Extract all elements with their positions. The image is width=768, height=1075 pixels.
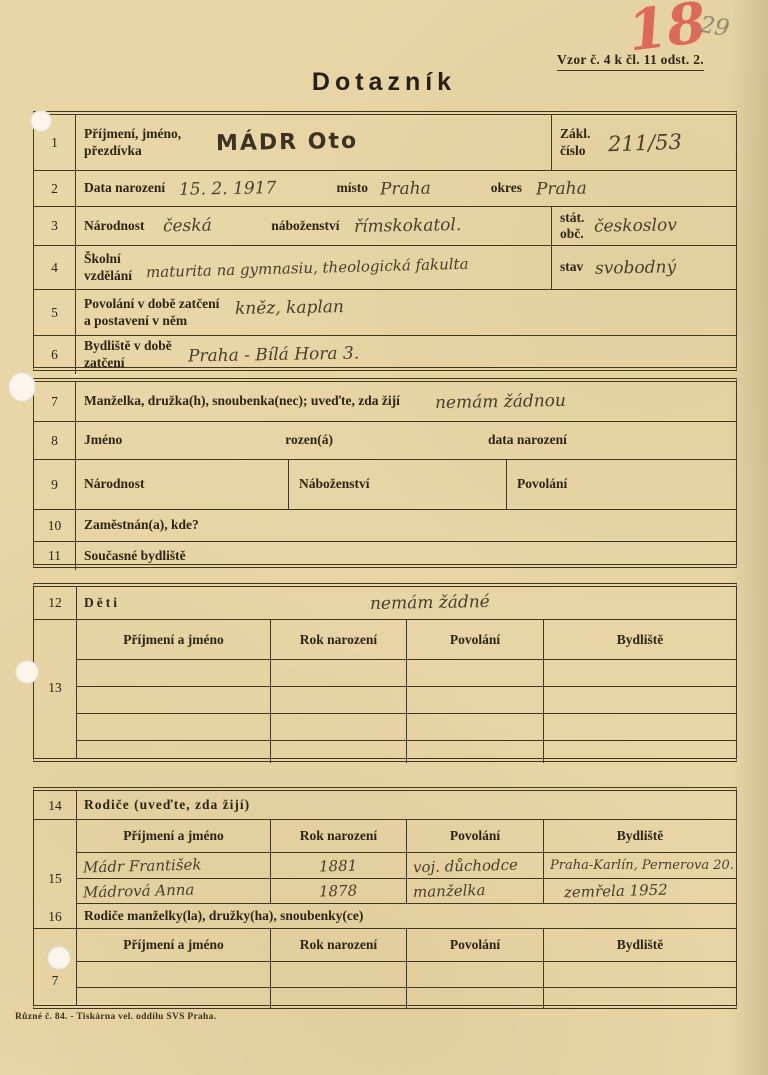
children-table-row <box>77 714 736 741</box>
handwritten-occupation: kněz, kaplan <box>235 297 344 319</box>
field-occupation: Povolání v době zatčení a postavení v ně… <box>76 290 736 335</box>
field-label: Jméno <box>84 432 122 449</box>
row-number: 3 <box>34 207 76 245</box>
field-residence: Bydliště v době zatčení Praha - Bílá Hor… <box>76 336 736 374</box>
row-number: 13 <box>34 680 76 696</box>
cell-empty <box>543 714 736 740</box>
cell-mother-occupation: manželka <box>406 879 543 903</box>
cell-empty <box>543 988 736 1008</box>
column-header-name: Příjmení a jméno <box>77 620 270 659</box>
field-label: vzdělání <box>84 268 132 285</box>
handwritten-birthdate: 15. 2. 1917 <box>179 178 277 200</box>
field-label: stát. <box>560 210 584 226</box>
column-header-name: Příjmení a jméno <box>77 820 270 852</box>
number-column-divider <box>76 587 77 758</box>
cell-empty <box>77 741 270 763</box>
field-label: Současné bydliště <box>84 548 186 565</box>
field-label: obč. <box>560 226 584 242</box>
cell-empty <box>406 741 543 763</box>
cell-mother-name: Mádrová Anna <box>77 879 270 903</box>
cell-empty <box>543 687 736 713</box>
handwritten-father-year: 1881 <box>319 856 358 875</box>
handwritten-marital-status: svobodný <box>595 257 676 278</box>
field-label: Školní <box>84 251 132 268</box>
field-row-7: 7 Manželka, družka(h), snoubenka(nec); u… <box>34 382 736 422</box>
inlaws-table-header: Příjmení a jméno Rok narození Povolání B… <box>77 929 736 962</box>
cell-father-year: 1881 <box>270 853 406 878</box>
column-header-birthyear: Rok narození <box>270 929 406 961</box>
cell-empty <box>77 962 270 987</box>
handwritten-mother-occupation: manželka <box>413 881 486 901</box>
column-header-occupation: Povolání <box>406 820 543 852</box>
handwritten-mother-name: Mádrová Anna <box>83 881 195 902</box>
handwritten-children-answer: nemám žádné <box>370 592 490 614</box>
row-number: 11 <box>34 542 76 570</box>
field-row-5: 5 Povolání v době zatčení a postavení v … <box>34 290 736 336</box>
field-label: a postavení v něm <box>84 313 219 330</box>
parents-table-header: Příjmení a jméno Rok narození Povolání B… <box>77 820 736 853</box>
children-table-header: Příjmení a jméno Rok narození Povolání B… <box>77 620 736 660</box>
cell-father-name: Mádr František <box>77 853 270 878</box>
cell-empty <box>77 687 270 713</box>
cell-empty <box>543 962 736 987</box>
cell-father-residence: Praha-Karlín, Pernerova 20. <box>543 853 740 878</box>
field-label: zatčení <box>84 355 172 372</box>
children-table-row <box>77 660 736 687</box>
field-label: rozen(á) <box>285 432 333 449</box>
section-children: 12 13 Děti nemám žádné Příjmení a jméno … <box>33 583 737 762</box>
number-column-divider <box>76 791 77 1005</box>
column-header-residence: Bydliště <box>543 929 736 961</box>
handwritten-birthplace: Praha <box>380 178 431 199</box>
field-basic-number: Zákl. číslo 211/53 <box>551 115 736 170</box>
field-label: Povolání <box>517 476 567 493</box>
row-number: 7 <box>34 973 76 989</box>
field-education: Školní vzdělání maturita na gymnasiu, th… <box>76 246 551 289</box>
field-label: Zaměstnán(a), kde? <box>84 517 199 534</box>
field-label: Manželka, družka(h), snoubenka(nec); uve… <box>84 393 400 410</box>
field-spouse-residence: Současné bydliště <box>76 542 736 570</box>
cell-empty <box>270 962 406 987</box>
handwritten-basic-number: 211/53 <box>608 129 683 156</box>
cell-empty <box>270 714 406 740</box>
printer-imprint: Různé č. 84. - Tiskárna vel. oddílu SVS … <box>15 1012 216 1022</box>
row-number: 2 <box>34 171 76 206</box>
section-personal: 1 Příjmení, jméno, přezdívka MÁDR Oto Zá… <box>33 111 737 371</box>
column-header-occupation: Povolání <box>406 620 543 659</box>
cell-father-occupation: voj. důchodce <box>406 853 543 878</box>
cell-empty <box>406 962 543 987</box>
field-spouse: Manželka, družka(h), snoubenka(nec); uve… <box>76 382 736 421</box>
field-label: přezdívka <box>84 143 181 160</box>
row-number: 5 <box>34 290 76 335</box>
field-row-8: 8 Jméno rozen(á) data narození <box>34 422 736 460</box>
field-label: okres <box>491 180 522 197</box>
column-header-residence: Bydliště <box>543 820 736 852</box>
field-label: Příjmení, jméno, <box>84 126 181 143</box>
field-citizenship: stát. obč. českoslov <box>551 207 736 245</box>
row-number: 10 <box>34 510 76 541</box>
row-number: 8 <box>34 422 76 459</box>
row-number: 14 <box>34 798 76 814</box>
cell-empty <box>406 660 543 686</box>
inlaws-table-row <box>77 962 736 988</box>
cell-empty <box>77 714 270 740</box>
handwritten-district: Praha <box>536 178 587 199</box>
handwritten-education: maturita na gymnasiu, theologická fakult… <box>146 254 469 280</box>
row-number: 4 <box>34 246 76 289</box>
field-label: Náboženství <box>299 476 370 493</box>
field-label: místo <box>336 180 368 197</box>
parent-row-mother: Mádrová Anna 1878 manželka zemřela 1952 <box>77 879 736 904</box>
field-row-3: 3 Národnost česká náboženství římskokato… <box>34 207 736 246</box>
row-number: 16 <box>34 909 76 925</box>
field-label: Národnost <box>84 218 145 235</box>
page-title: Dotazník <box>0 68 768 97</box>
handwritten-mother-year: 1878 <box>319 882 358 901</box>
field-name: Příjmení, jméno, přezdívka MÁDR Oto <box>76 115 551 170</box>
field-row-10: 10 Zaměstnán(a), kde? <box>34 510 736 542</box>
field-row-12: Děti nemám žádné <box>34 587 736 620</box>
field-label: Povolání v době zatčení <box>84 296 219 313</box>
handwritten-father-occupation: voj. důchodce <box>413 855 518 876</box>
handwritten-spouse-answer: nemám žádnou <box>435 390 566 412</box>
row-number: 6 <box>34 336 76 374</box>
field-label: Zákl. <box>560 126 590 142</box>
handwritten-name: MÁDR Oto <box>216 129 359 156</box>
field-row-14: Rodiče (uveďte, zda žijí) <box>34 791 736 820</box>
field-label: Rodiče manželky(la), družky(ha), snouben… <box>84 908 363 925</box>
field-label: stav <box>560 259 583 276</box>
section-spouse: 7 Manželka, družka(h), snoubenka(nec); u… <box>33 378 737 568</box>
punch-hole <box>47 946 71 970</box>
field-spouse-employment: Zaměstnán(a), kde? <box>76 510 736 541</box>
cell-empty <box>77 988 270 1008</box>
field-row-9: 9 Národnost Náboženství Povolání <box>34 460 736 510</box>
cell-mother-year: 1878 <box>270 879 406 903</box>
row-number: 7 <box>34 382 76 421</box>
field-label: číslo <box>560 143 590 159</box>
handwritten-residence: Praha - Bílá Hora 3. <box>188 344 360 367</box>
field-label: Bydliště v době <box>84 338 172 355</box>
cell-empty <box>270 687 406 713</box>
cell-empty <box>270 988 406 1008</box>
handwritten-father-name: Mádr František <box>83 855 202 876</box>
row-number: 9 <box>34 460 76 509</box>
field-row-1: 1 Příjmení, jméno, přezdívka MÁDR Oto Zá… <box>34 115 736 171</box>
column-header-birthyear: Rok narození <box>270 820 406 852</box>
inlaws-table-row <box>77 988 736 1008</box>
field-label: Děti <box>84 595 120 612</box>
handwritten-nationality: česká <box>162 216 211 237</box>
field-label: Národnost <box>84 476 145 493</box>
field-marital-status: stav svobodný <box>551 246 736 289</box>
parent-row-father: Mádr František 1881 voj. důchodce Praha-… <box>77 853 736 879</box>
field-nationality: Národnost česká náboženství římskokatol. <box>76 207 551 245</box>
cell-mother-residence: zemřela 1952 <box>543 879 736 903</box>
cell-empty <box>270 660 406 686</box>
punch-hole <box>8 372 36 402</box>
field-label: data narození <box>488 432 567 449</box>
field-row-16: Rodiče manželky(la), družky(ha), snouben… <box>34 904 736 929</box>
punch-hole <box>30 110 52 132</box>
field-spouse-occupation: Povolání <box>506 460 736 509</box>
children-table-row <box>77 687 736 714</box>
column-header-residence: Bydliště <box>543 620 736 659</box>
field-label: náboženství <box>271 218 339 235</box>
field-spouse-religion: Náboženství <box>288 460 506 509</box>
cell-empty <box>543 660 736 686</box>
pencil-number: 29 <box>698 12 731 42</box>
punch-hole <box>15 660 39 684</box>
children-table-row <box>77 741 736 763</box>
handwritten-religion: římskokatol. <box>353 215 461 237</box>
field-spouse-nationality: Národnost <box>76 460 288 509</box>
cell-empty <box>406 714 543 740</box>
field-spouse-name: Jméno rozen(á) data narození <box>76 422 736 459</box>
field-birthdate: Data narození 15. 2. 1917 místo Praha ok… <box>76 171 736 206</box>
cell-empty <box>406 687 543 713</box>
field-row-11: 11 Současné bydliště <box>34 542 736 570</box>
handwritten-citizenship: českoslov <box>594 215 677 236</box>
column-header-name: Příjmení a jméno <box>77 929 270 961</box>
handwritten-father-residence: Praha-Karlín, Pernerova 20. <box>550 858 734 873</box>
cell-empty <box>406 988 543 1008</box>
column-header-birthyear: Rok narození <box>270 620 406 659</box>
column-header-occupation: Povolání <box>406 929 543 961</box>
field-row-4: 4 Školní vzdělání maturita na gymnasiu, … <box>34 246 736 290</box>
scanned-questionnaire-page: 18 29 Vzor č. 4 k čl. 11 odst. 2. Dotazn… <box>0 0 768 1075</box>
field-label: Data narození <box>84 180 165 197</box>
row-number: 15 <box>34 871 76 887</box>
handwritten-mother-residence: zemřela 1952 <box>564 881 668 902</box>
field-row-6: 6 Bydliště v době zatčení Praha - Bílá H… <box>34 336 736 374</box>
row-number: 12 <box>34 595 76 611</box>
field-row-2: 2 Data narození 15. 2. 1917 místo Praha … <box>34 171 736 207</box>
section-parents: 14 15 16 7 Rodiče (uveďte, zda žijí) Pří… <box>33 787 737 1009</box>
cell-empty <box>270 741 406 763</box>
cell-empty <box>77 660 270 686</box>
field-label: Rodiče (uveďte, zda žijí) <box>84 797 250 814</box>
cell-empty <box>543 741 736 763</box>
